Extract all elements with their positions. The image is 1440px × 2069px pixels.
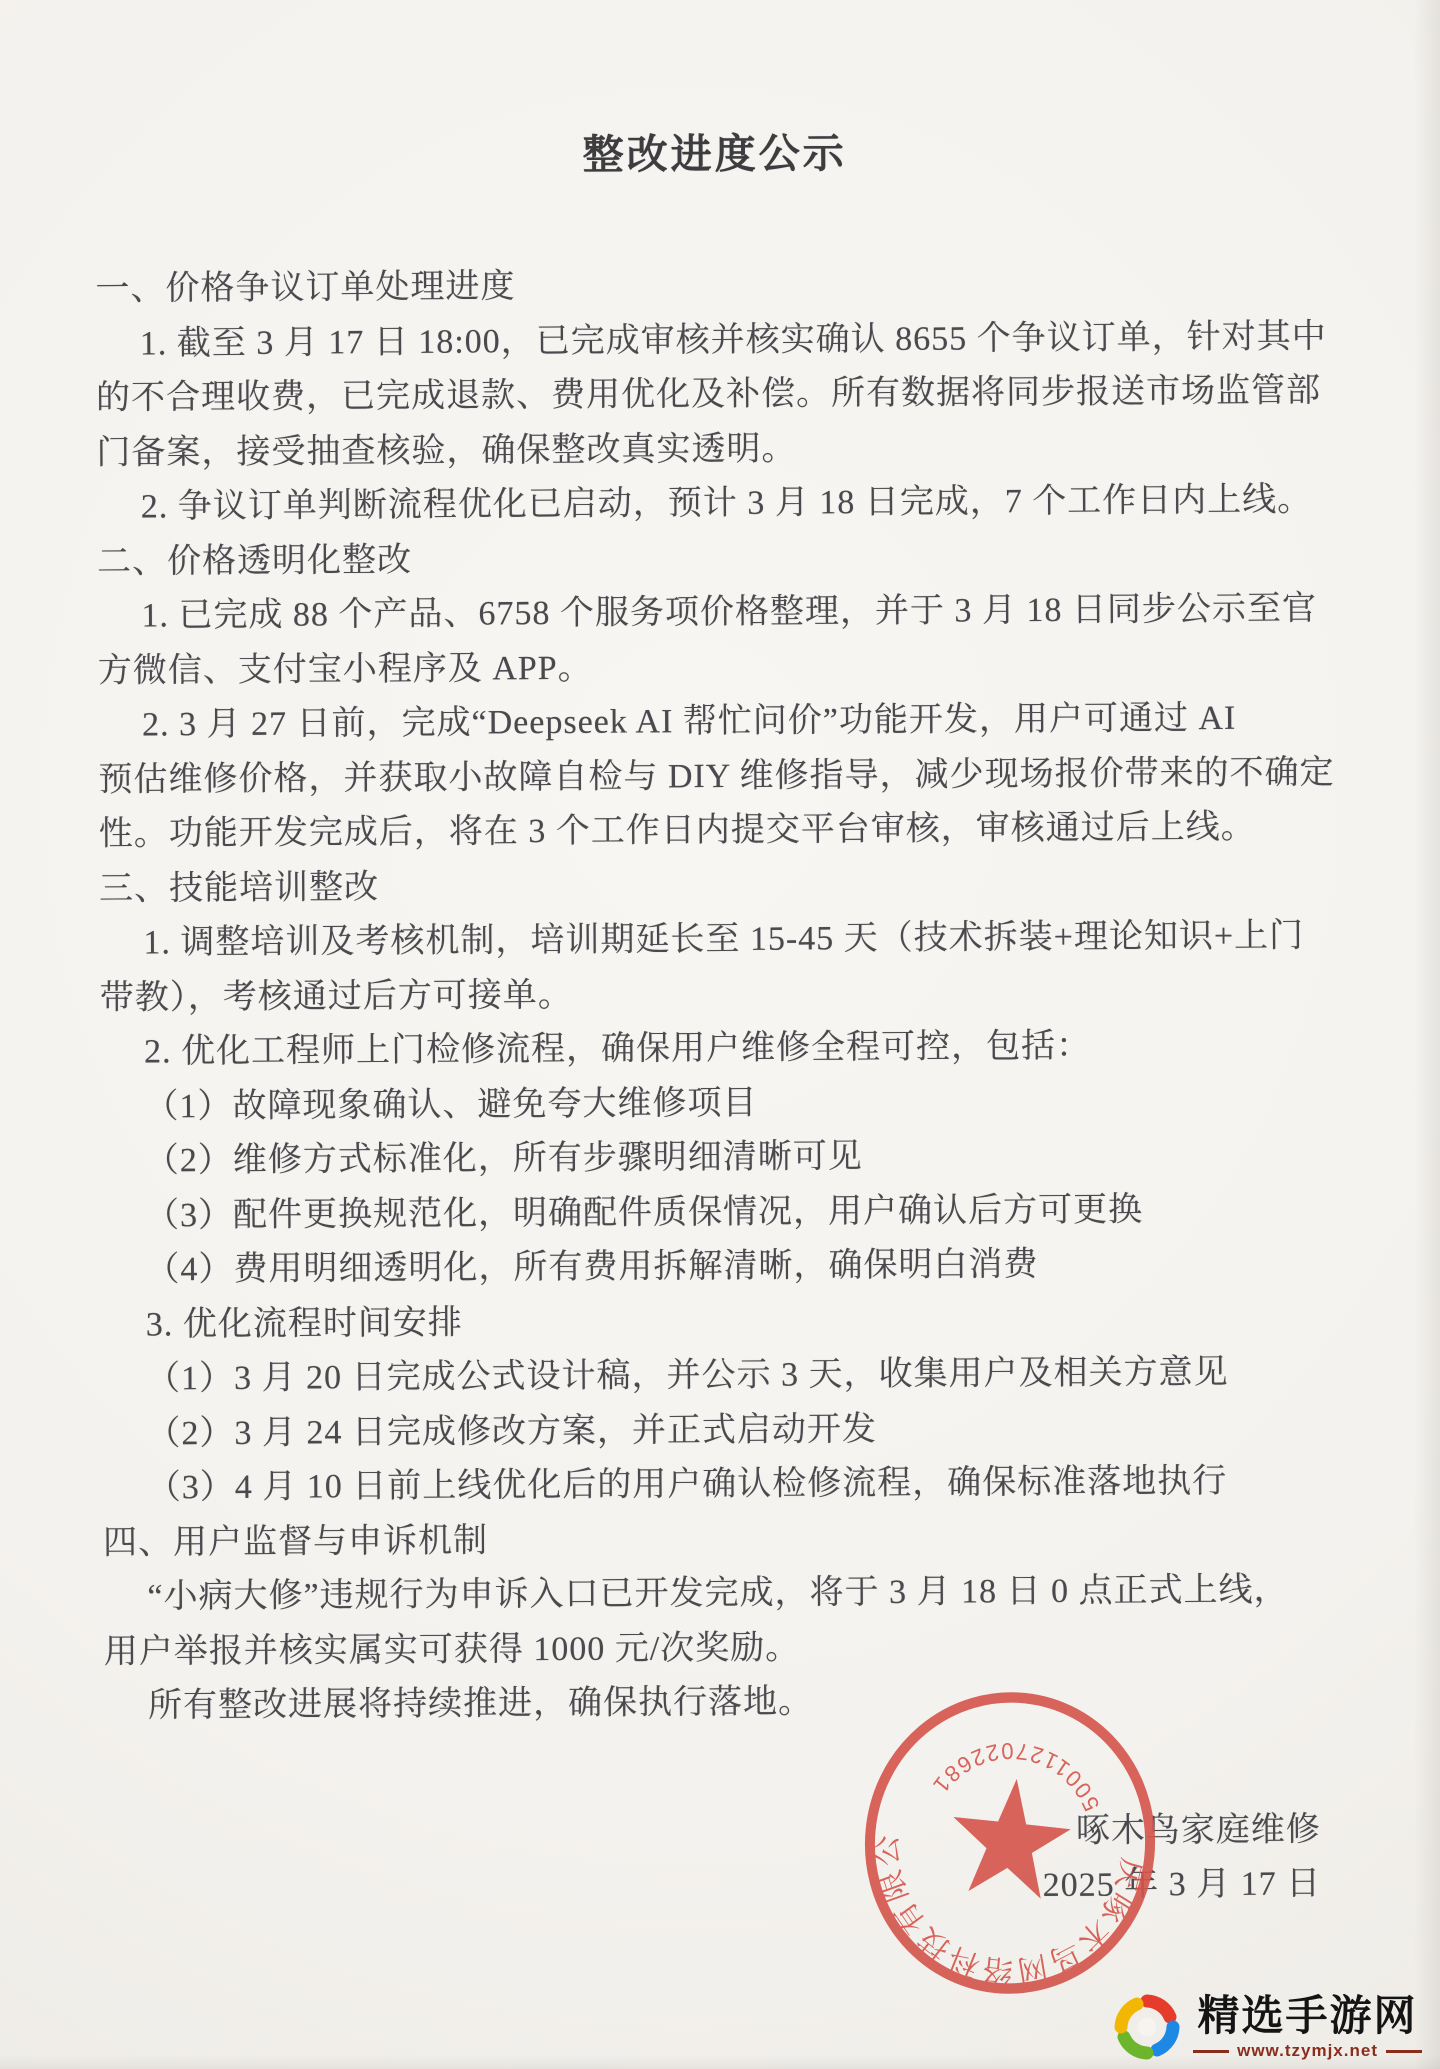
doc-line: （4）费用明细透明化，所有费用拆解清晰，确保明白消费 xyxy=(101,1236,1345,1298)
doc-line: 四、用户监督与申诉机制 xyxy=(103,1509,1347,1571)
closing-block: 啄木鸟家庭维修 2025 年 3 月 17 日 xyxy=(5,1802,1440,1920)
doc-line: 二、价格透明化整改 xyxy=(97,528,1341,590)
document-page: 整改进度公示 一、价格争议订单处理进度1. 截至 3 月 17 日 18:00，… xyxy=(0,0,1440,2069)
scanned-document-page: { "document": { "title": "整改进度公示", "line… xyxy=(0,0,1440,2069)
watermark: 精选手游网 www.tzymjx.net xyxy=(1111,1991,1422,2063)
doc-line: （2）维修方式标准化，所有步骤明细清晰可见 xyxy=(101,1127,1345,1189)
doc-line: 一、价格争议订单处理进度 xyxy=(95,255,1339,317)
doc-lines: 一、价格争议订单处理进度1. 截至 3 月 17 日 18:00，已完成审核并核… xyxy=(0,255,1440,1735)
doc-line: 用户举报并核实属实可获得 1000 元/次奖励。 xyxy=(104,1618,1348,1680)
doc-line: “小病大修”违规行为申诉入口已开发完成，将于 3 月 18 日 0 点正式上线， xyxy=(103,1563,1347,1625)
doc-line: （1）故障现象确认、避免夸大维修项目 xyxy=(100,1073,1344,1135)
doc-line: 门备案，接受抽查核验，确保整改真实透明。 xyxy=(96,419,1340,481)
doc-line: 1. 已完成 88 个产品、6758 个服务项价格整理，并于 3 月 18 日同… xyxy=(97,582,1341,644)
doc-line: （1）3 月 20 日完成公式设计稿，并公示 3 天，收集用户及相关方意见 xyxy=(102,1345,1346,1407)
paper-edge-shadow-bottom xyxy=(0,2055,1440,2069)
doc-line: 方微信、支付宝小程序及 APP。 xyxy=(98,637,1342,699)
doc-line: 1. 截至 3 月 17 日 18:00，已完成审核并核实确认 8655 个争议… xyxy=(96,310,1340,372)
doc-line: 1. 调整培训及考核机制，培训期延长至 15-45 天（技术拆装+理论知识+上门 xyxy=(99,909,1343,971)
pinwheel-logo-icon xyxy=(1111,1991,1183,2063)
doc-line: （2）3 月 24 日完成修改方案，并正式启动开发 xyxy=(102,1400,1346,1462)
doc-line: 2. 优化工程师上门检修流程，确保用户维修全程可控，包括： xyxy=(100,1018,1344,1080)
doc-line: 带教），考核通过后方可接单。 xyxy=(100,964,1344,1026)
watermark-text: 精选手游网 www.tzymjx.net xyxy=(1193,1993,1422,2061)
doc-line: 3. 优化流程时间安排 xyxy=(102,1291,1346,1353)
paper-edge-shadow-right xyxy=(1414,0,1440,2069)
seal-star-icon xyxy=(946,1773,1076,1901)
watermark-site-name: 精选手游网 xyxy=(1198,1993,1418,2039)
document-title: 整改进度公示 xyxy=(0,122,1435,188)
doc-line: 2. 争议订单判断流程优化已启动，预计 3 月 18 日完成，7 个工作日内上线… xyxy=(97,473,1341,535)
doc-line: 三、技能培训整改 xyxy=(99,855,1343,917)
company-seal-stamp: 重庆啄木鸟网络科技有限公司 5001127022681 xyxy=(845,1678,1175,2008)
doc-line: 2. 3 月 27 日前，完成“Deepseek AI 帮忙问价”功能开发，用户… xyxy=(98,691,1342,753)
seal-graphic: 重庆啄木鸟网络科技有限公司 5001127022681 xyxy=(855,1684,1164,2003)
doc-line: 的不合理收费，已完成退款、费用优化及补偿。所有数据将同步报送市场监管部 xyxy=(96,364,1340,426)
doc-line: （3）4 月 10 日前上线优化后的用户确认检修流程，确保标准落地执行 xyxy=(103,1454,1347,1516)
watermark-left-rule xyxy=(1193,2050,1229,2053)
doc-line: 性。功能开发完成后，将在 3 个工作日内提交平台审核，审核通过后上线。 xyxy=(99,800,1343,862)
doc-line: 预估维修价格，并获取小故障自检与 DIY 维修指导，减少现场报价带来的不确定 xyxy=(98,746,1342,808)
doc-line: （3）配件更换规范化，明确配件质保情况，用户确认后方可更换 xyxy=(101,1182,1345,1244)
